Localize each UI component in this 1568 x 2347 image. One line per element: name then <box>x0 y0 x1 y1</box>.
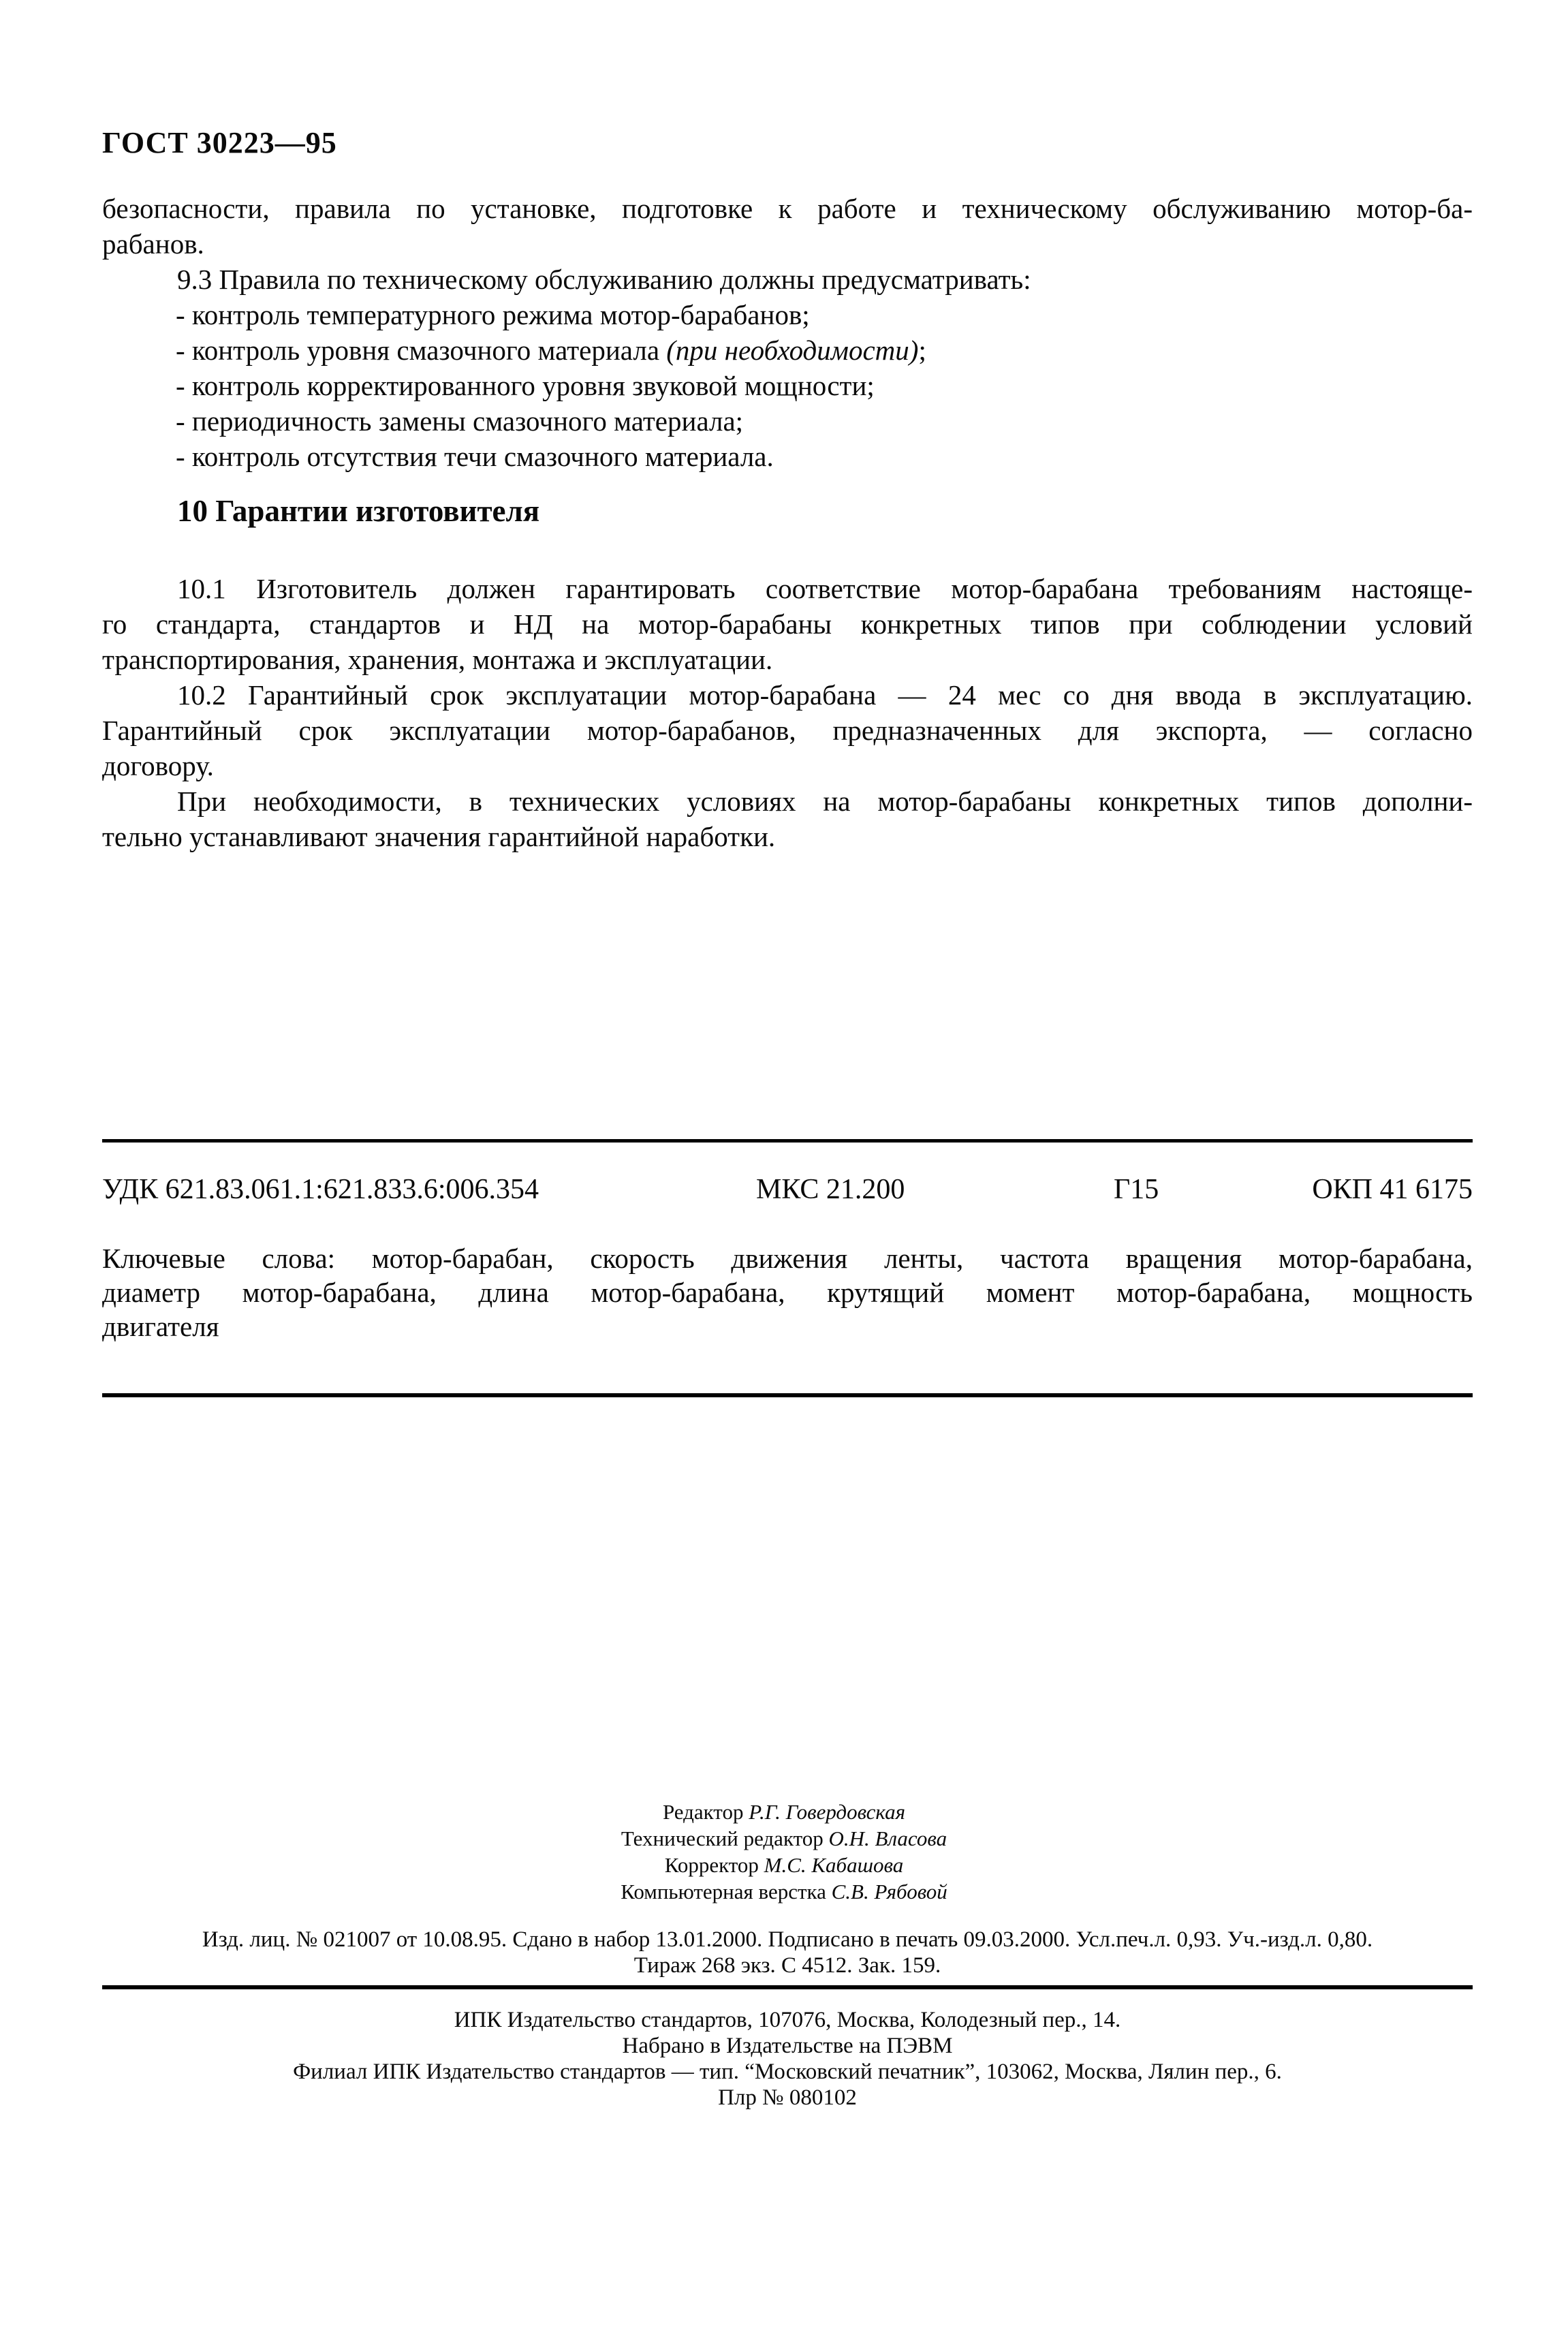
credit-name: О.Н. Власова <box>829 1827 947 1850</box>
paragraph-continued: безопасности, правила по установке, подг… <box>102 191 1473 262</box>
credit-role: Технический редактор <box>621 1827 824 1850</box>
clause-9-3: 9.3 Правила по техническому обслуживанию… <box>102 262 1473 297</box>
horizontal-rule <box>102 1139 1473 1143</box>
keywords-line: диаметр мотор-барабана, длина мотор-бара… <box>102 1275 1473 1309</box>
publisher-line: Филиал ИПК Издательство стандартов — тип… <box>102 2059 1473 2085</box>
paragraph-line: 10.1 Изготовитель должен гарантировать с… <box>102 571 1473 606</box>
paragraph-line: Гарантийный срок эксплуатации мотор-бара… <box>102 713 1473 748</box>
okp-code: ОКП 41 6175 <box>1312 1173 1473 1206</box>
list-item-italic-note: (при необходимости) <box>666 335 918 366</box>
section-10-heading: 10 Гарантии изготовителя <box>102 492 1473 530</box>
credit-line: Компьютерная верстка С.В. Рябовой <box>0 1878 1568 1905</box>
document-page: ГОСТ 30223—95 безопасности, правила по у… <box>0 0 1568 2347</box>
paragraph-line: рабанов. <box>102 226 1473 262</box>
udk-code: УДК 621.83.061.1:621.833.6:006.354 <box>102 1173 539 1206</box>
paragraph-line: При необходимости, в технических условия… <box>102 783 1473 819</box>
credit-line: Технический редактор О.Н. Власова <box>0 1825 1568 1852</box>
imprint-block: Изд. лиц. № 021007 от 10.08.95. Сдано в … <box>102 1927 1473 1978</box>
maintenance-list: - контроль температурного режима мотор-б… <box>102 297 1473 474</box>
clause-10-1: 10.1 Изготовитель должен гарантировать с… <box>102 571 1473 677</box>
mks-code: МКС 21.200 <box>756 1173 905 1206</box>
group-code: Г15 <box>1114 1173 1159 1206</box>
list-item: - периодичность замены смазочного матери… <box>102 403 1473 439</box>
publisher-line: ИПК Издательство стандартов, 107076, Мос… <box>102 2007 1473 2033</box>
horizontal-rule <box>102 1393 1473 1397</box>
paragraph-line: тельно устанавливают значения гарантийно… <box>102 819 1473 854</box>
publisher-block: ИПК Издательство стандартов, 107076, Мос… <box>102 2007 1473 2111</box>
paragraph-line: безопасности, правила по установке, подг… <box>102 191 1473 226</box>
paragraph-line: го стандарта, стандартов и НД на мотор-б… <box>102 606 1473 642</box>
list-item: - контроль температурного режима мотор-б… <box>102 297 1473 332</box>
publisher-line: Плр № 080102 <box>102 2085 1473 2111</box>
keywords-paragraph: Ключевые слова: мотор-барабан, скорость … <box>102 1241 1473 1343</box>
credit-role: Редактор <box>663 1800 744 1824</box>
list-item-text: - контроль уровня смазочного материала <box>176 335 666 366</box>
credit-role: Корректор <box>665 1853 759 1877</box>
license-line: Изд. лиц. № 021007 от 10.08.95. Сдано в … <box>102 1927 1473 1953</box>
credit-name: С.В. Рябовой <box>832 1880 947 1903</box>
doc-code: ГОСТ 30223—95 <box>102 125 337 160</box>
credit-name: М.С. Кабашова <box>764 1853 904 1877</box>
credit-line: Корректор М.С. Кабашова <box>0 1852 1568 1878</box>
list-item-text: ; <box>918 335 926 366</box>
list-item: - контроль отсутствия течи смазочного ма… <box>102 439 1473 474</box>
list-item: - контроль корректированного уровня звук… <box>102 368 1473 403</box>
paragraph-line: 10.2 Гарантийный срок эксплуатации мотор… <box>102 677 1473 713</box>
paragraph-line: транспортирования, хранения, монтажа и э… <box>102 642 1473 677</box>
clause-10-additional: При необходимости, в технических условия… <box>102 783 1473 854</box>
keywords-line: двигателя <box>102 1309 1473 1343</box>
classification-row: УДК 621.83.061.1:621.833.6:006.354 МКС 2… <box>102 1173 1473 1209</box>
list-item: - контроль уровня смазочного материала (… <box>102 332 1473 368</box>
credit-role: Компьютерная верстка <box>621 1880 826 1903</box>
credits-block: Редактор Р.Г. Говердовская Технический р… <box>0 1799 1568 1905</box>
horizontal-rule <box>102 1985 1473 1989</box>
body-text: безопасности, правила по установке, подг… <box>102 191 1473 854</box>
publisher-line: Набрано в Издательстве на ПЭВМ <box>102 2033 1473 2059</box>
credit-line: Редактор Р.Г. Говердовская <box>0 1799 1568 1825</box>
paragraph-line: договору. <box>102 748 1473 783</box>
clause-10-2: 10.2 Гарантийный срок эксплуатации мотор… <box>102 677 1473 783</box>
keywords-line: Ключевые слова: мотор-барабан, скорость … <box>102 1241 1473 1275</box>
tirazh-line: Тираж 268 экз. С 4512. Зак. 159. <box>102 1953 1473 1978</box>
credit-name: Р.Г. Говердовская <box>749 1800 905 1824</box>
